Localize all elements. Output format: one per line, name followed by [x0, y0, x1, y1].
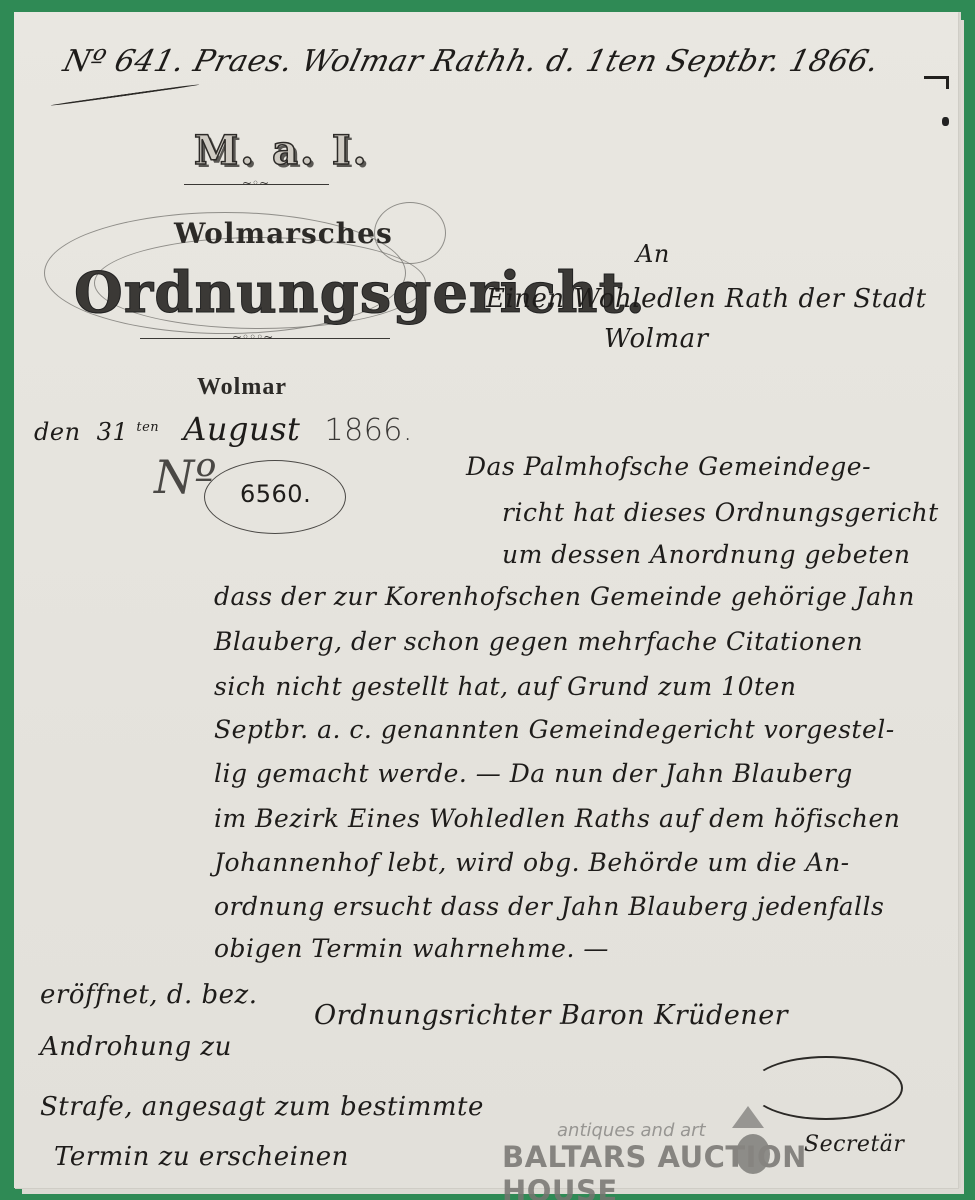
- date-day: 31: [97, 418, 129, 446]
- crown-icon: [732, 1106, 764, 1128]
- corner-mark: [924, 76, 949, 89]
- closing-left-line: eröffnet, d. bez.: [40, 980, 258, 1010]
- addressee-an: An: [636, 240, 670, 268]
- number-value: 6560.: [240, 480, 311, 508]
- ink-blot: [942, 117, 949, 126]
- body-line: Johannenhof lebt, wird obg. Behörde um d…: [214, 848, 850, 877]
- registry-underline: [51, 84, 200, 107]
- date-month: August: [183, 410, 300, 448]
- secretary-signature: Secretär: [804, 1132, 904, 1157]
- addressee-line1: Einen Wohledlen Rath der Stadt: [486, 284, 927, 314]
- addressee-line2: Wolmar: [604, 324, 709, 354]
- body-line: um dessen Anordnung gebeten: [502, 540, 911, 569]
- closing-left-line: Strafe, angesagt zum bestimmte: [40, 1092, 484, 1122]
- letterhead-monogram: M. a. I.: [194, 127, 369, 174]
- watermark-tagline: antiques and art: [557, 1120, 706, 1141]
- body-line: Blauberg, der schon gegen mehrfache Cita…: [214, 627, 863, 656]
- body-line: obigen Termin wahrnehme. —: [214, 934, 609, 963]
- date-day-suffix: ten: [136, 420, 159, 435]
- closing-left-line: Termin zu erscheinen: [54, 1142, 349, 1172]
- ornament-icon: ~◦~: [242, 176, 269, 190]
- date-line: den 31 ten August 1866.: [34, 410, 413, 448]
- body-line: Septbr. a. c. genannten Gemeindegericht …: [214, 715, 895, 744]
- registry-note: Nº 641. Praes. Wolmar Rathh. d. 1ten Sep…: [60, 44, 883, 79]
- date-prefix: den: [34, 418, 81, 446]
- body-line: im Bezirk Eines Wohledlen Raths auf dem …: [214, 804, 900, 833]
- document-sheet: Nº 641. Praes. Wolmar Rathh. d. 1ten Sep…: [14, 12, 958, 1188]
- body-line: richt hat dieses Ordnungsgericht: [502, 498, 939, 527]
- body-line: ordnung ersucht dass der Jahn Blauberg j…: [214, 892, 884, 921]
- body-line: Das Palmhofsche Gemeindege-: [466, 452, 871, 481]
- letterhead-city: Wolmar: [197, 374, 287, 401]
- body-line: dass der zur Korenhofschen Gemeinde gehö…: [214, 582, 915, 611]
- ornament-icon: ~◦◦◦~: [232, 330, 273, 344]
- judge-signature-line: Ordnungsrichter Baron Krüdener: [314, 1000, 788, 1031]
- letterhead-line1: Wolmarsches: [174, 217, 393, 250]
- globe-icon: [736, 1134, 770, 1174]
- signature-flourish: [749, 1056, 903, 1120]
- body-line: sich nicht gestellt hat, auf Grund zum 1…: [214, 672, 796, 701]
- date-year: 1866.: [325, 413, 413, 448]
- body-line: lig gemacht werde. — Da nun der Jahn Bla…: [214, 759, 853, 788]
- closing-left-line: Androhung zu: [40, 1032, 232, 1062]
